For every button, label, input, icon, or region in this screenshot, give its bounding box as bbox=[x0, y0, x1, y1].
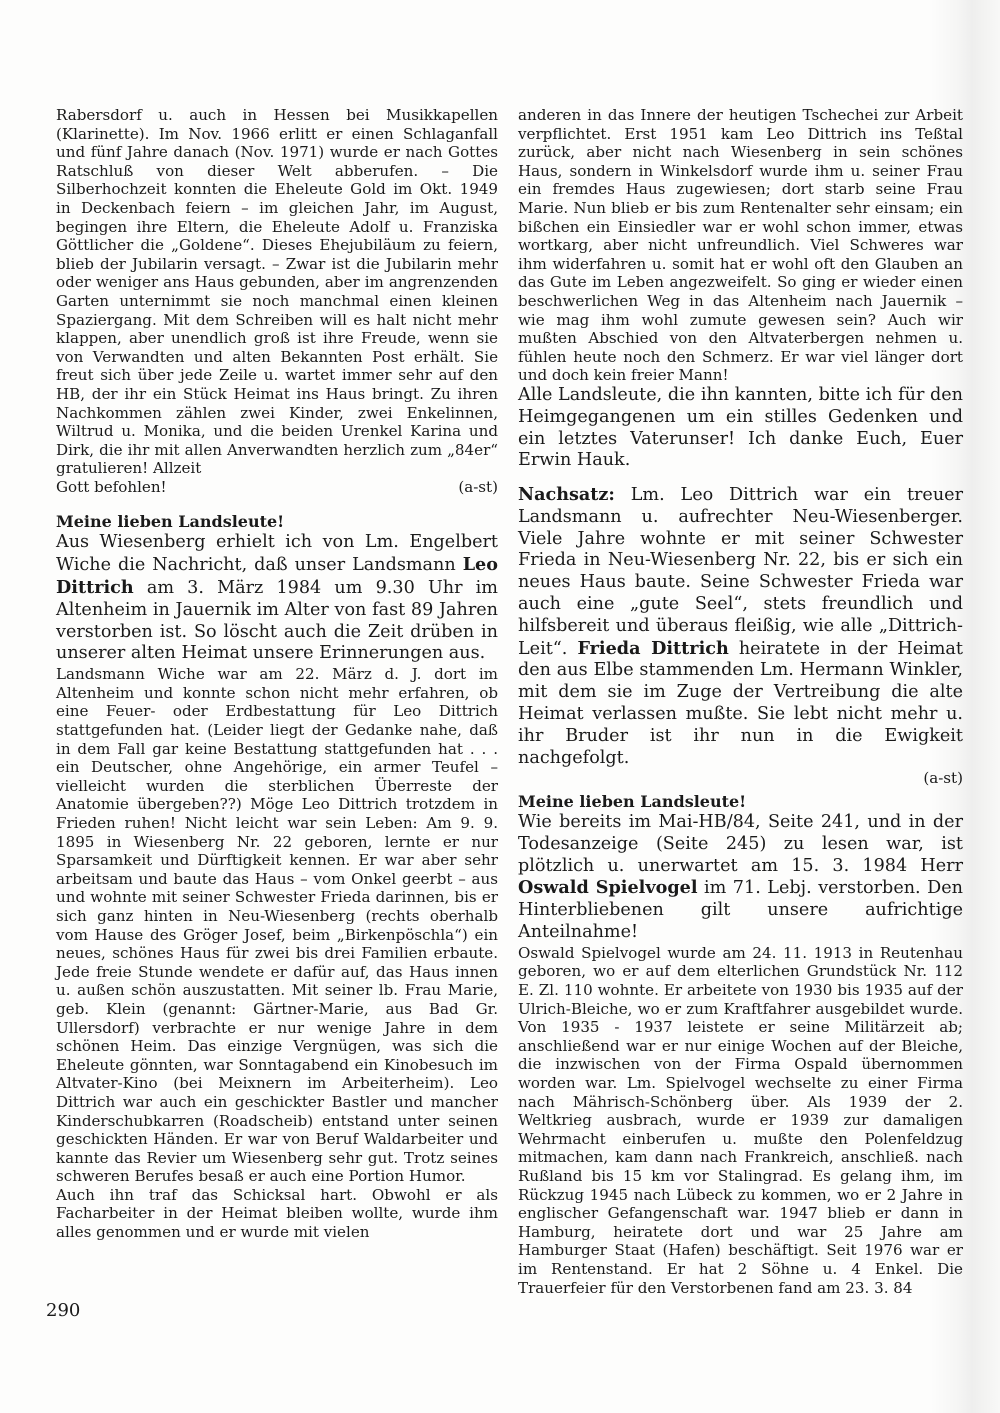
section-heading: Meine lieben Landsleute! bbox=[518, 792, 963, 812]
left-column: Rabersdorf u. auch in Hessen bei Musikka… bbox=[56, 106, 498, 1242]
deceased-name: Oswald Spielvogel bbox=[518, 877, 698, 898]
second-obituary-text: Wie bereits im Mai-HB/84, Seite 241, und… bbox=[518, 812, 963, 876]
postscript-signoff: (a-st) bbox=[518, 769, 963, 788]
obituary-intro-text: Aus Wiesenberg erhielt ich von Lm. Engel… bbox=[56, 532, 498, 575]
document-page: Rabersdorf u. auch in Hessen bei Musikka… bbox=[0, 0, 1000, 1413]
author-signature: (a-st) bbox=[923, 769, 963, 788]
obituary-intro: Aus Wiesenberg erhielt ich von Lm. Engel… bbox=[56, 532, 498, 665]
postscript-label: Nachsatz: bbox=[518, 484, 615, 505]
sister-name: Frieda Dittrich bbox=[577, 638, 728, 659]
closing-line: Gott befohlen! bbox=[56, 478, 167, 497]
postscript-paragraph: Nachsatz: Lm. Leo Dittrich war ein treue… bbox=[518, 484, 963, 769]
birthday-article-signoff: Gott befohlen! (a-st) bbox=[56, 478, 498, 497]
obituary-body-paragraph: Landsmann Wiche war am 22. März d. J. do… bbox=[56, 665, 498, 1186]
closing-letter: Alle Landsleute, die ihn kannten, bitte … bbox=[518, 385, 963, 472]
postscript-text: Lm. Leo Dittrich war ein treuer Landsman… bbox=[518, 485, 963, 659]
section-heading: Meine lieben Landsleute! bbox=[56, 512, 498, 532]
birthday-article-text: Rabersdorf u. auch in Hessen bei Musikka… bbox=[56, 106, 498, 478]
right-column: anderen in das Innere der heutigen Tsche… bbox=[518, 106, 963, 1297]
second-obituary-intro: Wie bereits im Mai-HB/84, Seite 241, und… bbox=[518, 812, 963, 944]
obituary-body-paragraph: Auch ihn traf das Schicksal hart. Obwohl… bbox=[56, 1186, 498, 1242]
author-signature: (a-st) bbox=[458, 478, 498, 497]
obituary-continuation: anderen in das Innere der heutigen Tsche… bbox=[518, 106, 963, 385]
page-number: 290 bbox=[46, 1300, 80, 1321]
biography-paragraph: Oswald Spielvogel wurde am 24. 11. 1913 … bbox=[518, 944, 963, 1297]
